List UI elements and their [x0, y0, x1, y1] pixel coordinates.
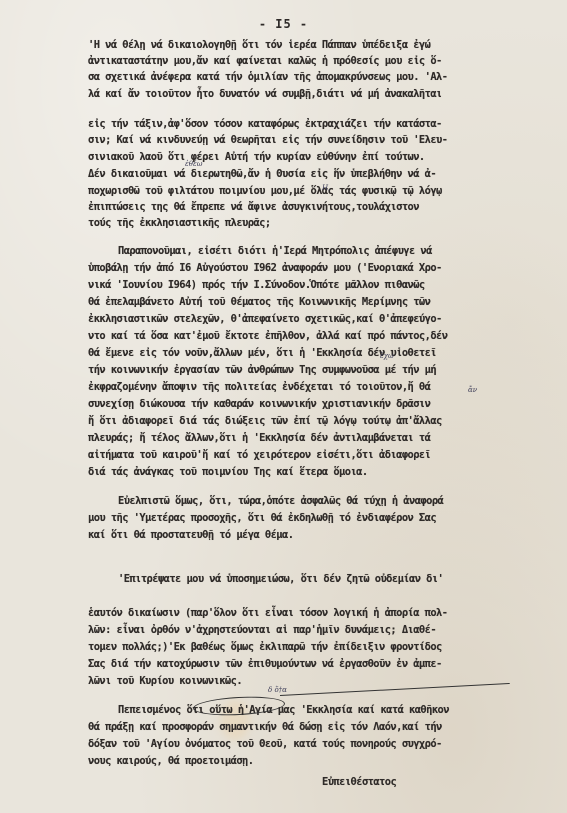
text-line: τούς τῆς ἐκκλησιαστικῆς πλευρᾶς;	[88, 217, 271, 229]
handwritten-annotation: ἐθέω	[185, 160, 202, 168]
handwritten-annotation: ἄν	[468, 386, 477, 394]
text-line: Παραπονοῦμαι, εἰσέτι διότι ἡ'Ιερά Μητρόπ…	[118, 245, 432, 257]
page-number: - I5 -	[0, 17, 567, 31]
text-line: ἑαυτόν δικαίωσιν (παρ'ὅλον ὅτι εἶναι τόσ…	[88, 607, 447, 619]
text-line: ἀντικαταστάτην μου,ἄν καί φαίνεται καλῶς…	[88, 55, 442, 67]
text-line: θά πράξῃ καί προσφοράν σημαντικήν θά δώσ…	[88, 721, 442, 733]
text-line: Εὐελπιστῶ ὅμως, ὅτι, τώρα,ὁπότε ἀσφαλῶς …	[118, 495, 443, 507]
handwritten-annotation: ἔχω	[380, 352, 394, 360]
text-line: μου τῆς 'Υμετέρας προσοχῆς, ὅτι θά ἐκδηλ…	[88, 512, 436, 524]
text-line: ἐκκλησιαστικῶν στελεχῶν, θ'ἀπεφαίνετο σχ…	[88, 313, 442, 325]
text-line: ἤ ὅτι ἀδιαφορεῖ διά τάς διώξεις τῶν ἐπί …	[88, 415, 442, 427]
text-line: ποχωρισθῶ τοῦ φιλτάτου ποιμνίου μου,μέ ὅ…	[88, 185, 442, 197]
text-line: Εὐπειθέστατος	[322, 776, 396, 788]
text-line: συνεχίσῃ διώκουσα τήν καθαράν κοινωνικήν…	[88, 398, 430, 410]
handwritten-annotation: Η,	[322, 184, 330, 192]
text-line: εἰς τήν τάξιν,ἀφ'ὅσον τόσον καταφόρως ἐκ…	[88, 118, 442, 130]
text-line: δόξαν τοῦ 'Αγίου ὀνόματος τοῦ Θεοῦ, κατά…	[88, 738, 442, 750]
text-line: λῶν: εἶναι ὀρθόν ν'ἀχρηστεύονται αἱ παρ'…	[88, 624, 436, 636]
text-line: Σας διά τήν κατοχύρωσιν τῶν ἐπιθυμούντων…	[88, 658, 442, 670]
text-line: διά τάς ἀνάγκας τοῦ ποιμνίου Της καί ἕτε…	[88, 466, 368, 478]
text-line: ντο καί τά ὅσα κατ'ἐμοῦ ἔκτοτε ἐπῆλθον, …	[88, 330, 447, 342]
text-line: θά ἐπελαμβάνετο Αὐτή τοῦ θέματος τῆς Κοι…	[88, 296, 430, 308]
text-line: λά καί ἄν τοιοῦτον ἦτο δυνατόν νά συμβῇ,…	[88, 88, 442, 100]
text-line: τήν κοινωνικήν ἐργασίαν τῶν ἀνθρώπων Της…	[88, 364, 436, 376]
text-line: σιν; Καί νά κινδυνεύῃ νά θεωρῆται εἰς τή…	[88, 134, 447, 146]
text-line: 'Η νά θέλῃ νά δικαιολογηθῇ ὅτι τόν ἱερέα…	[88, 39, 430, 51]
text-line: πλευράς; ἤ τέλος ἄλλων,ὅτι ἡ 'Εκκλησία δ…	[88, 432, 430, 444]
text-line: νικά 'Ιουνίου I964) πρός τήν Ι.Σύνοδον.Ὁ…	[88, 279, 425, 291]
text-line: Δέν δικαιοῦμαι νά διερωτηθῶ,ἄν ἡ Θυσία ε…	[88, 168, 436, 180]
text-line: 'Επιτρέψατε μου νά ὑποσημειώσω, ὅτι δέν …	[118, 573, 443, 585]
text-line: νους καιρούς, θά προετοιμάσῃ.	[88, 755, 253, 767]
text-line: ἐπιπτώσεις της θά ἔπρεπε νά ἄφινε ἀσυγκι…	[88, 201, 419, 213]
handwritten-annotation: δ ὅ†α	[268, 686, 287, 694]
text-line: αἰτήματα τοῦ καιροῦ'ἤ καί τό χειρότερον …	[88, 449, 430, 461]
text-line: σινιακοῦ λαοῦ ὅτι φέρει Αὐτή τήν κυρίαν …	[88, 151, 425, 163]
text-line: καί ὅτι θά προστατευθῇ τό μέγα θέμα.	[88, 529, 293, 541]
handwritten-connector-line	[280, 683, 510, 696]
text-line: τομεν πολλάς;)'Εκ βαθέως ὅμως ἐκλιπαρῶ τ…	[88, 641, 442, 653]
text-line: λῶνι τοῦ Κυρίου κοινωνικῶς.	[88, 675, 242, 687]
scanned-document-page: - I5 - 'Η νά θέλῃ νά δικαιολογηθῇ ὅτι τό…	[0, 0, 567, 813]
text-line: ἐκφραζομένην ἄποψιν τῆς πολιτείας ἐνδέχε…	[88, 381, 430, 393]
text-line: ὑποβάλῃ τήν ἀπό I6 Αὐγούστου I962 ἀναφορ…	[88, 262, 442, 274]
text-line: σα σχετικά ἀνέφερα κατά τήν ὁμιλίαν τῆς …	[88, 71, 447, 83]
